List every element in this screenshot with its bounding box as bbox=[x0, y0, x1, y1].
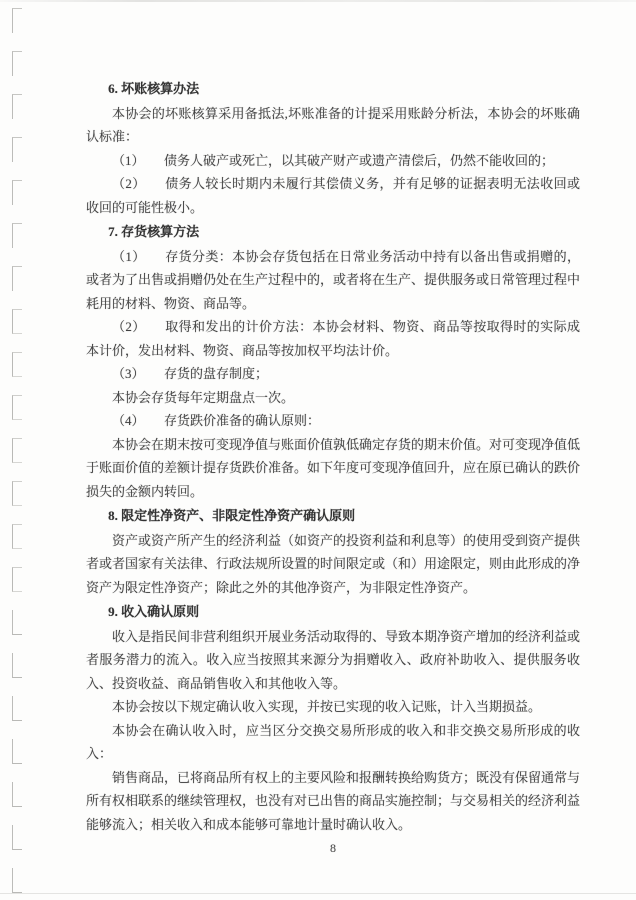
paragraph: 销售商品，已将商品所有权上的主要风险和报酬转换给购货方；既没有保留通常与所有权相… bbox=[86, 766, 580, 837]
binding-hole-mark bbox=[12, 610, 22, 635]
binding-hole-mark bbox=[12, 567, 22, 592]
numbered-item: （1）债务人破产或死亡，以其破产财产或遗产清偿后，仍然不能收回的； bbox=[86, 149, 580, 173]
paragraph: 本协会在期末按可变现净值与账面价值孰低确定存货的期末价值。对可变现净值低于账面价… bbox=[86, 433, 580, 504]
numbered-item: （1）存货分类：本协会存货包括在日常业务活动中持有以备出售或捐赠的，或者为了出售… bbox=[86, 245, 580, 316]
binding-hole-mark bbox=[12, 266, 22, 291]
binding-hole-mark bbox=[12, 223, 22, 248]
item-text: 存货的盘存制度； bbox=[164, 366, 268, 381]
section-heading: 6. 坏账核算办法 bbox=[86, 77, 580, 101]
item-number: （3） bbox=[112, 366, 145, 381]
section-heading: 9. 收入确认原则 bbox=[86, 600, 580, 624]
numbered-item: （2）债务人较长时期内未履行其偿债义务，并有足够的证据表明无法收回或收回的可能性… bbox=[86, 172, 580, 219]
item-number: （4） bbox=[112, 413, 145, 428]
binding-hole-mark bbox=[12, 309, 22, 334]
scan-bottom-edge bbox=[0, 893, 636, 894]
binding-hole-mark bbox=[12, 825, 22, 850]
section-heading: 7. 存货核算方法 bbox=[86, 220, 580, 244]
binding-hole-mark bbox=[12, 481, 22, 506]
binding-hole-mark bbox=[12, 94, 22, 119]
binding-hole-mark bbox=[12, 51, 22, 76]
paragraph: 本协会在确认收入时，应当区分交换交易所形成的收入和非交换交易所形成的收入： bbox=[86, 719, 580, 766]
paragraph: 本协会的坏账核算采用备抵法,坏账准备的计提采用账龄分析法，本协会的坏账确认标准： bbox=[86, 102, 580, 149]
numbered-item: （4）存货跌价准备的确认原则： bbox=[86, 409, 580, 433]
binding-hole-mark bbox=[12, 739, 22, 764]
binding-hole-mark bbox=[12, 180, 22, 205]
item-number: （1） bbox=[112, 153, 145, 168]
paragraph: 收入是指民间非营利组织开展业务活动取得的、导致本期净资产增加的经济利益或者服务潜… bbox=[86, 625, 580, 696]
binding-hole-mark bbox=[12, 653, 22, 678]
numbered-item: （3）存货的盘存制度； bbox=[86, 362, 580, 386]
page-number: 8 bbox=[86, 841, 580, 856]
binding-hole-mark bbox=[12, 8, 22, 33]
item-text: 存货跌价准备的确认原则： bbox=[164, 413, 320, 428]
item-number: （2） bbox=[112, 319, 146, 334]
binding-hole-mark bbox=[12, 395, 22, 420]
section-heading: 8. 限定性净资产、非限定性净资产确认原则 bbox=[86, 504, 580, 528]
binding-hole-mark bbox=[12, 438, 22, 463]
item-text: 债务人较长时期内未履行其偿债义务，并有足够的证据表明无法收回或收回的可能性极小。 bbox=[86, 176, 580, 215]
paragraph: 资产或资产所产生的经济利益（如资产的投资利益和利息等）的使用受到资产提供者或者国… bbox=[86, 529, 580, 600]
binding-hole-mark bbox=[12, 782, 22, 807]
document-body: 6. 坏账核算办法本协会的坏账核算采用备抵法,坏账准备的计提采用账龄分析法，本协… bbox=[86, 76, 580, 836]
binding-hole-mark bbox=[12, 524, 22, 549]
item-text: 取得和发出的计价方法：本协会材料、物资、商品等按取得时的实际成本计价，发出材料、… bbox=[86, 319, 580, 358]
binding-hole-mark bbox=[12, 868, 22, 893]
item-text: 存货分类：本协会存货包括在日常业务活动中持有以备出售或捐赠的，或者为了出售或捐赠… bbox=[86, 249, 580, 311]
binding-hole-mark bbox=[12, 137, 22, 162]
item-text: 债务人破产或死亡，以其破产财产或遗产清偿后，仍然不能收回的； bbox=[164, 153, 554, 168]
item-number: （2） bbox=[112, 176, 146, 191]
scan-top-edge bbox=[0, 0, 636, 2]
binding-hole-mark bbox=[12, 696, 22, 721]
item-number: （1） bbox=[112, 249, 146, 264]
scanned-page: 6. 坏账核算办法本协会的坏账核算采用备抵法,坏账准备的计提采用账龄分析法，本协… bbox=[0, 0, 636, 900]
binding-hole-mark bbox=[12, 352, 22, 377]
paragraph: 本协会存货每年定期盘点一次。 bbox=[86, 386, 580, 410]
numbered-item: （2）取得和发出的计价方法：本协会材料、物资、商品等按取得时的实际成本计价，发出… bbox=[86, 315, 580, 362]
paragraph: 本协会按以下规定确认收入实现，并按已实现的收入记账，计入当期损益。 bbox=[86, 695, 580, 719]
